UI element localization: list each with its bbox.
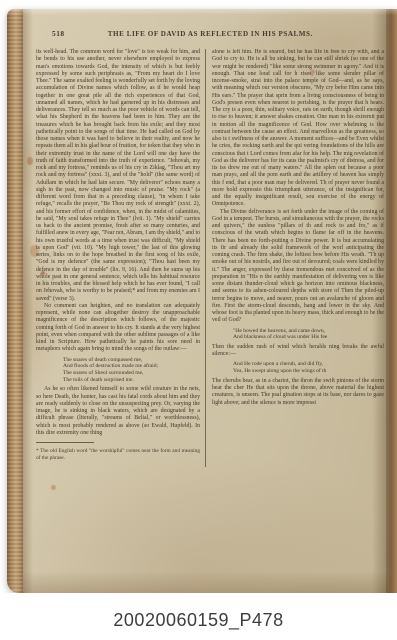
- page-header: 518 THE LIFE OF DAVID AS REFLECTED IN HI…: [36, 29, 384, 41]
- book-page: 518 THE LIFE OF DAVID AS REFLECTED IN HI…: [7, 9, 397, 593]
- scan-label: 20020060159_P478: [0, 610, 397, 631]
- page-curl-right-edge: [386, 9, 397, 593]
- verse-line: The snares of Sheol surrounded me,: [63, 370, 200, 377]
- paragraph: The Divine deliverance is set forth unde…: [212, 209, 384, 325]
- verse-block: The snares of death compassed me, And fl…: [63, 357, 200, 384]
- footnote: * The old English word "the worshipful" …: [36, 448, 200, 461]
- book-fore-edge: [7, 9, 23, 593]
- page-curl-shadow: [372, 9, 386, 593]
- paragraph: As he so often likened himself to some w…: [36, 386, 200, 437]
- verse-line: And floods of destruction made me afraid…: [63, 363, 200, 370]
- right-column: alone is left him. He is snared, but he …: [212, 49, 384, 467]
- paragraph: Then the sudden rush of wind which heral…: [212, 344, 384, 359]
- verse-line: And blackness of cloud was under His fee: [233, 334, 384, 341]
- running-title: THE LIFE OF DAVID AS REFLECTED IN HIS PS…: [65, 30, 356, 38]
- page-gutter-shadow: [23, 9, 33, 593]
- fox-spot: [27, 157, 33, 165]
- text-columns: its well-head. The common word for "love…: [36, 49, 384, 467]
- paragraph: The cherubs bear, as in a chariot, the t…: [212, 378, 384, 407]
- scan-label-strip: 20020060159_P478: [0, 593, 397, 640]
- verse-line: Yea, He swept along upon the wings of th: [233, 368, 384, 375]
- paragraph: No comment can heighten, and no translat…: [36, 303, 200, 354]
- verse-block: "He bowed the heavens, and came down, An…: [233, 328, 384, 341]
- left-column: its well-head. The common word for "love…: [36, 49, 200, 467]
- verse-line: The toils of death surprised me.: [63, 377, 200, 384]
- paragraph: its well-head. The common word for "love…: [36, 49, 200, 303]
- paragraph: alone is left him. He is snared, but he …: [212, 49, 384, 209]
- page-content: 518 THE LIFE OF DAVID AS REFLECTED IN HI…: [36, 29, 384, 579]
- scanned-book-photo: 518 THE LIFE OF DAVID AS REFLECTED IN HI…: [0, 0, 397, 640]
- column-divider: [205, 49, 206, 467]
- verse-block: And He rode upon a cherub, and did fly, …: [233, 361, 384, 374]
- footnote-rule: [36, 442, 94, 443]
- page-number: 518: [52, 29, 65, 38]
